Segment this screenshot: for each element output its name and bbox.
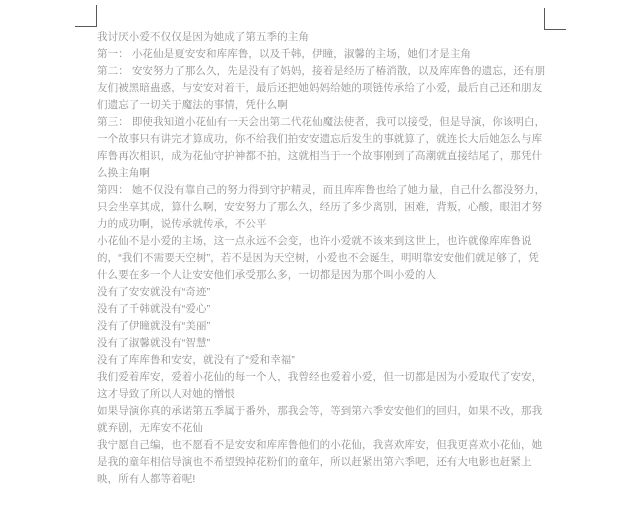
text-line: 我们爱着库安，爱着小花仙的每一个人，我曾经也爱着小爱，但一切都是因为小爱取代了安… [97,369,557,386]
text-line: 没有了安安就没有“奇迹” [97,284,557,301]
text-line: 我讨厌小爱不仅仅是因为她成了第五季的主角 [97,29,557,46]
text-line: 映，所有人都等着呢! [97,471,557,488]
page: { "page": { "background_color": "#ffffff… [0,0,640,525]
crop-mark-top-right [544,8,566,30]
post-text: 我讨厌小爱不仅仅是因为她成了第五季的主角 第一： 小花仙是夏安安和库库鲁，以及千… [97,29,557,488]
text-line: 小花仙不是小爱的主场，这一点永远不会变，也许小爱就不该来到这世上，也许就像库库鲁… [97,233,557,250]
text-line: 只会坐享其成，算什么啊，安安努力了那么久，经历了多少离别，困难，背叛，心酸，眼泪… [97,199,557,216]
text-line: 就弃剧，无库安不花仙 [97,420,557,437]
text-line: 第三： 即使我知道小花仙有一天会出第二代花仙魔法使者，我可以接受，但是导演，你该… [97,114,557,131]
text-line: 么换主角啊 [97,165,557,182]
text-line: 我宁愿自己编，也不愿看不是安安和库库鲁他们的小花仙，我喜欢库安，但我更喜欢小花仙… [97,437,557,454]
crop-mark-top-left [75,5,97,27]
text-line: 没有了淑馨就没有“智慧” [97,335,557,352]
text-line: 库鲁再次相识，成为花仙守护神都不拍，这就相当于一个故事刚到了高潮就直接结尾了，那… [97,148,557,165]
text-line: 的，“我们不需要天空树”，若不是因为天空树，小爱也不会诞生，明明靠安安他们就足够… [97,250,557,267]
text-line: 第二： 安安努力了那么久，先是没有了妈妈，接着是经历了椿消散，以及库库鲁的遗忘，… [97,63,557,80]
text-line: 没有了伊瞳就没有“美丽” [97,318,557,335]
text-line: 这才导致了所以人对她的憎恨 [97,386,557,403]
text-line: 第四： 她不仅没有靠自己的努力得到守护精灵，而且库库鲁也给了她力量，自己什么都没… [97,182,557,199]
text-line: 们遗忘了一切关于魔法的事情，凭什么啊 [97,97,557,114]
text-line: 如果导演你真的承诺第五季属于番外，那我会等，等到第六季安安他们的回归，如果不改，… [97,403,557,420]
text-line: 没有了库库鲁和安安，就没有了“爱和幸福” [97,352,557,369]
text-line: 是我的童年相信导演也不希望毁掉花粉们的童年，所以赶紧出第六季吧，还有大电影也赶紧… [97,454,557,471]
text-line: 什么要在多一个人让安安他们承受那么多，一切都是因为那个叫小爱的人 [97,267,557,284]
text-line: 一个故事只有讲完才算成功，你不给我们拍安安遗忘后发生的事就算了，就连长大后她怎么… [97,131,557,148]
text-line: 友们被黑暗蛊惑，与安安对着干，最后还把她妈妈给她的项链传承给了小爱，最后自己还和… [97,80,557,97]
text-line: 力的成功啊，说传承就传承，不公平 [97,216,557,233]
text-line: 第一： 小花仙是夏安安和库库鲁，以及千韩，伊瞳，淑馨的主场，她们才是主角 [97,46,557,63]
text-line: 没有了千韩就没有“爱心” [97,301,557,318]
